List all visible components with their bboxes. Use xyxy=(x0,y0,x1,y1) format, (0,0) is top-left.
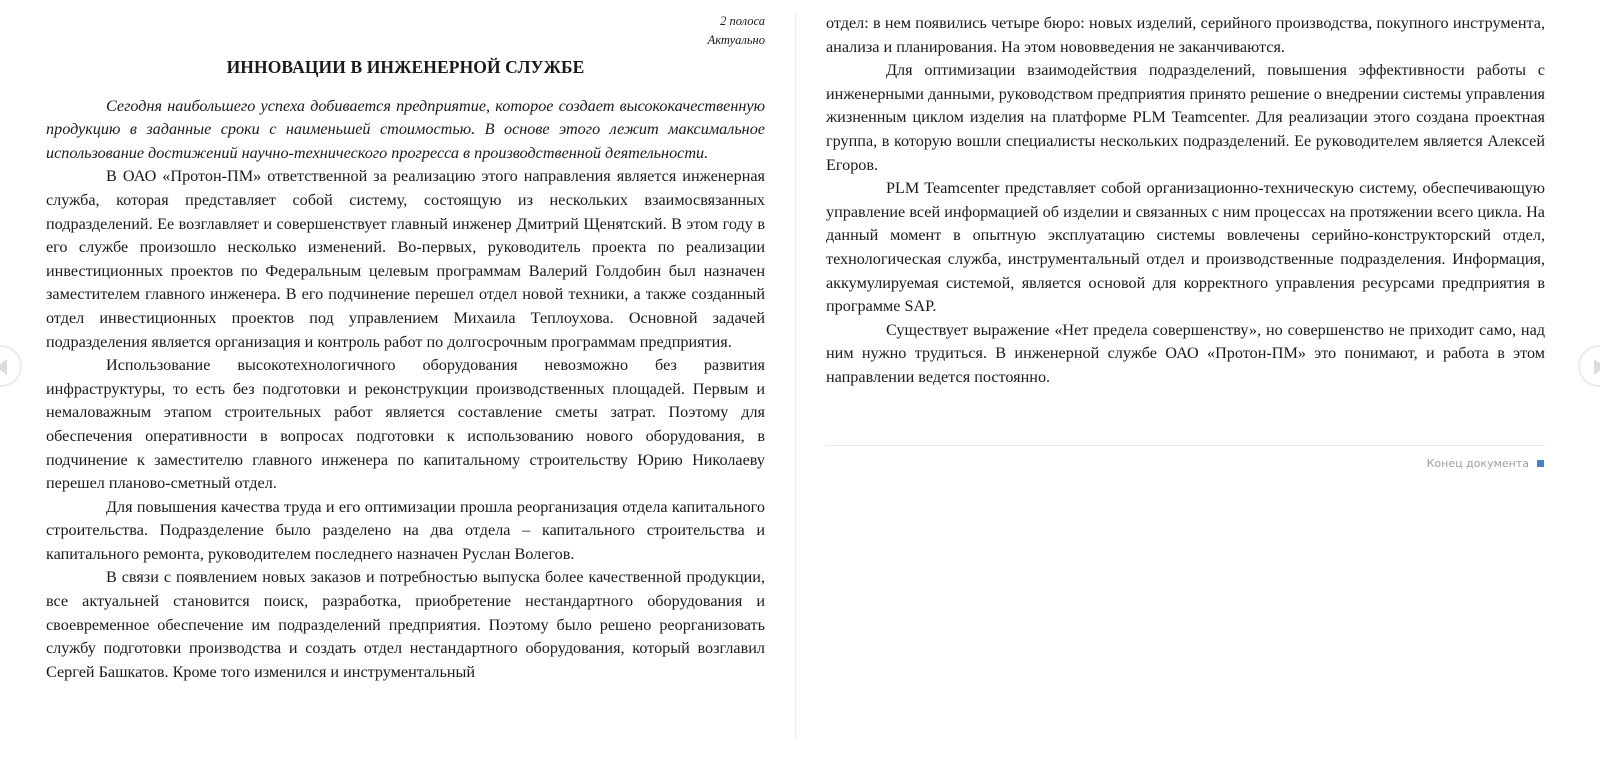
body-paragraph-continued: отдел: в нем появились четыре бюро: новы… xyxy=(826,12,1545,59)
arrow-left-icon xyxy=(0,359,7,375)
body-paragraph: Для оптимизации взаимодействия подраздел… xyxy=(826,59,1545,177)
previous-page-button[interactable] xyxy=(0,345,22,387)
end-of-document-indicator: Конец документа xyxy=(1427,457,1544,470)
body-paragraph: Для повышения качества труда и его оптим… xyxy=(46,496,765,567)
next-page-button[interactable] xyxy=(1578,345,1600,387)
body-paragraph: В ОАО «Протон-ПМ» ответственной за реали… xyxy=(46,165,765,354)
right-page-column: отдел: в нем появились четыре бюро: новы… xyxy=(826,12,1545,390)
body-paragraph: Использование высокотехнологичного обору… xyxy=(46,354,765,496)
end-of-document-rule xyxy=(826,445,1545,446)
page-divider xyxy=(795,12,796,740)
end-of-document-label: Конец документа xyxy=(1427,457,1529,470)
end-marker-icon xyxy=(1537,460,1544,467)
rubric-label: Актуально xyxy=(46,31,765,50)
lead-paragraph: Сегодня наибольшего успеха добивается пр… xyxy=(46,95,765,166)
body-paragraph: Существует выражение «Нет предела соверш… xyxy=(826,319,1545,390)
left-page-column: 2 полоса Актуально ИННОВАЦИИ В ИНЖЕНЕРНО… xyxy=(46,12,765,684)
body-paragraph: PLM Teamcenter представляет собой органи… xyxy=(826,177,1545,319)
article-title: ИННОВАЦИИ В ИНЖЕНЕРНОЙ СЛУЖБЕ xyxy=(46,56,765,80)
body-paragraph: В связи с появлением новых заказов и пот… xyxy=(46,566,765,684)
arrow-right-icon xyxy=(1594,359,1600,375)
section-label: 2 полоса xyxy=(46,12,765,31)
